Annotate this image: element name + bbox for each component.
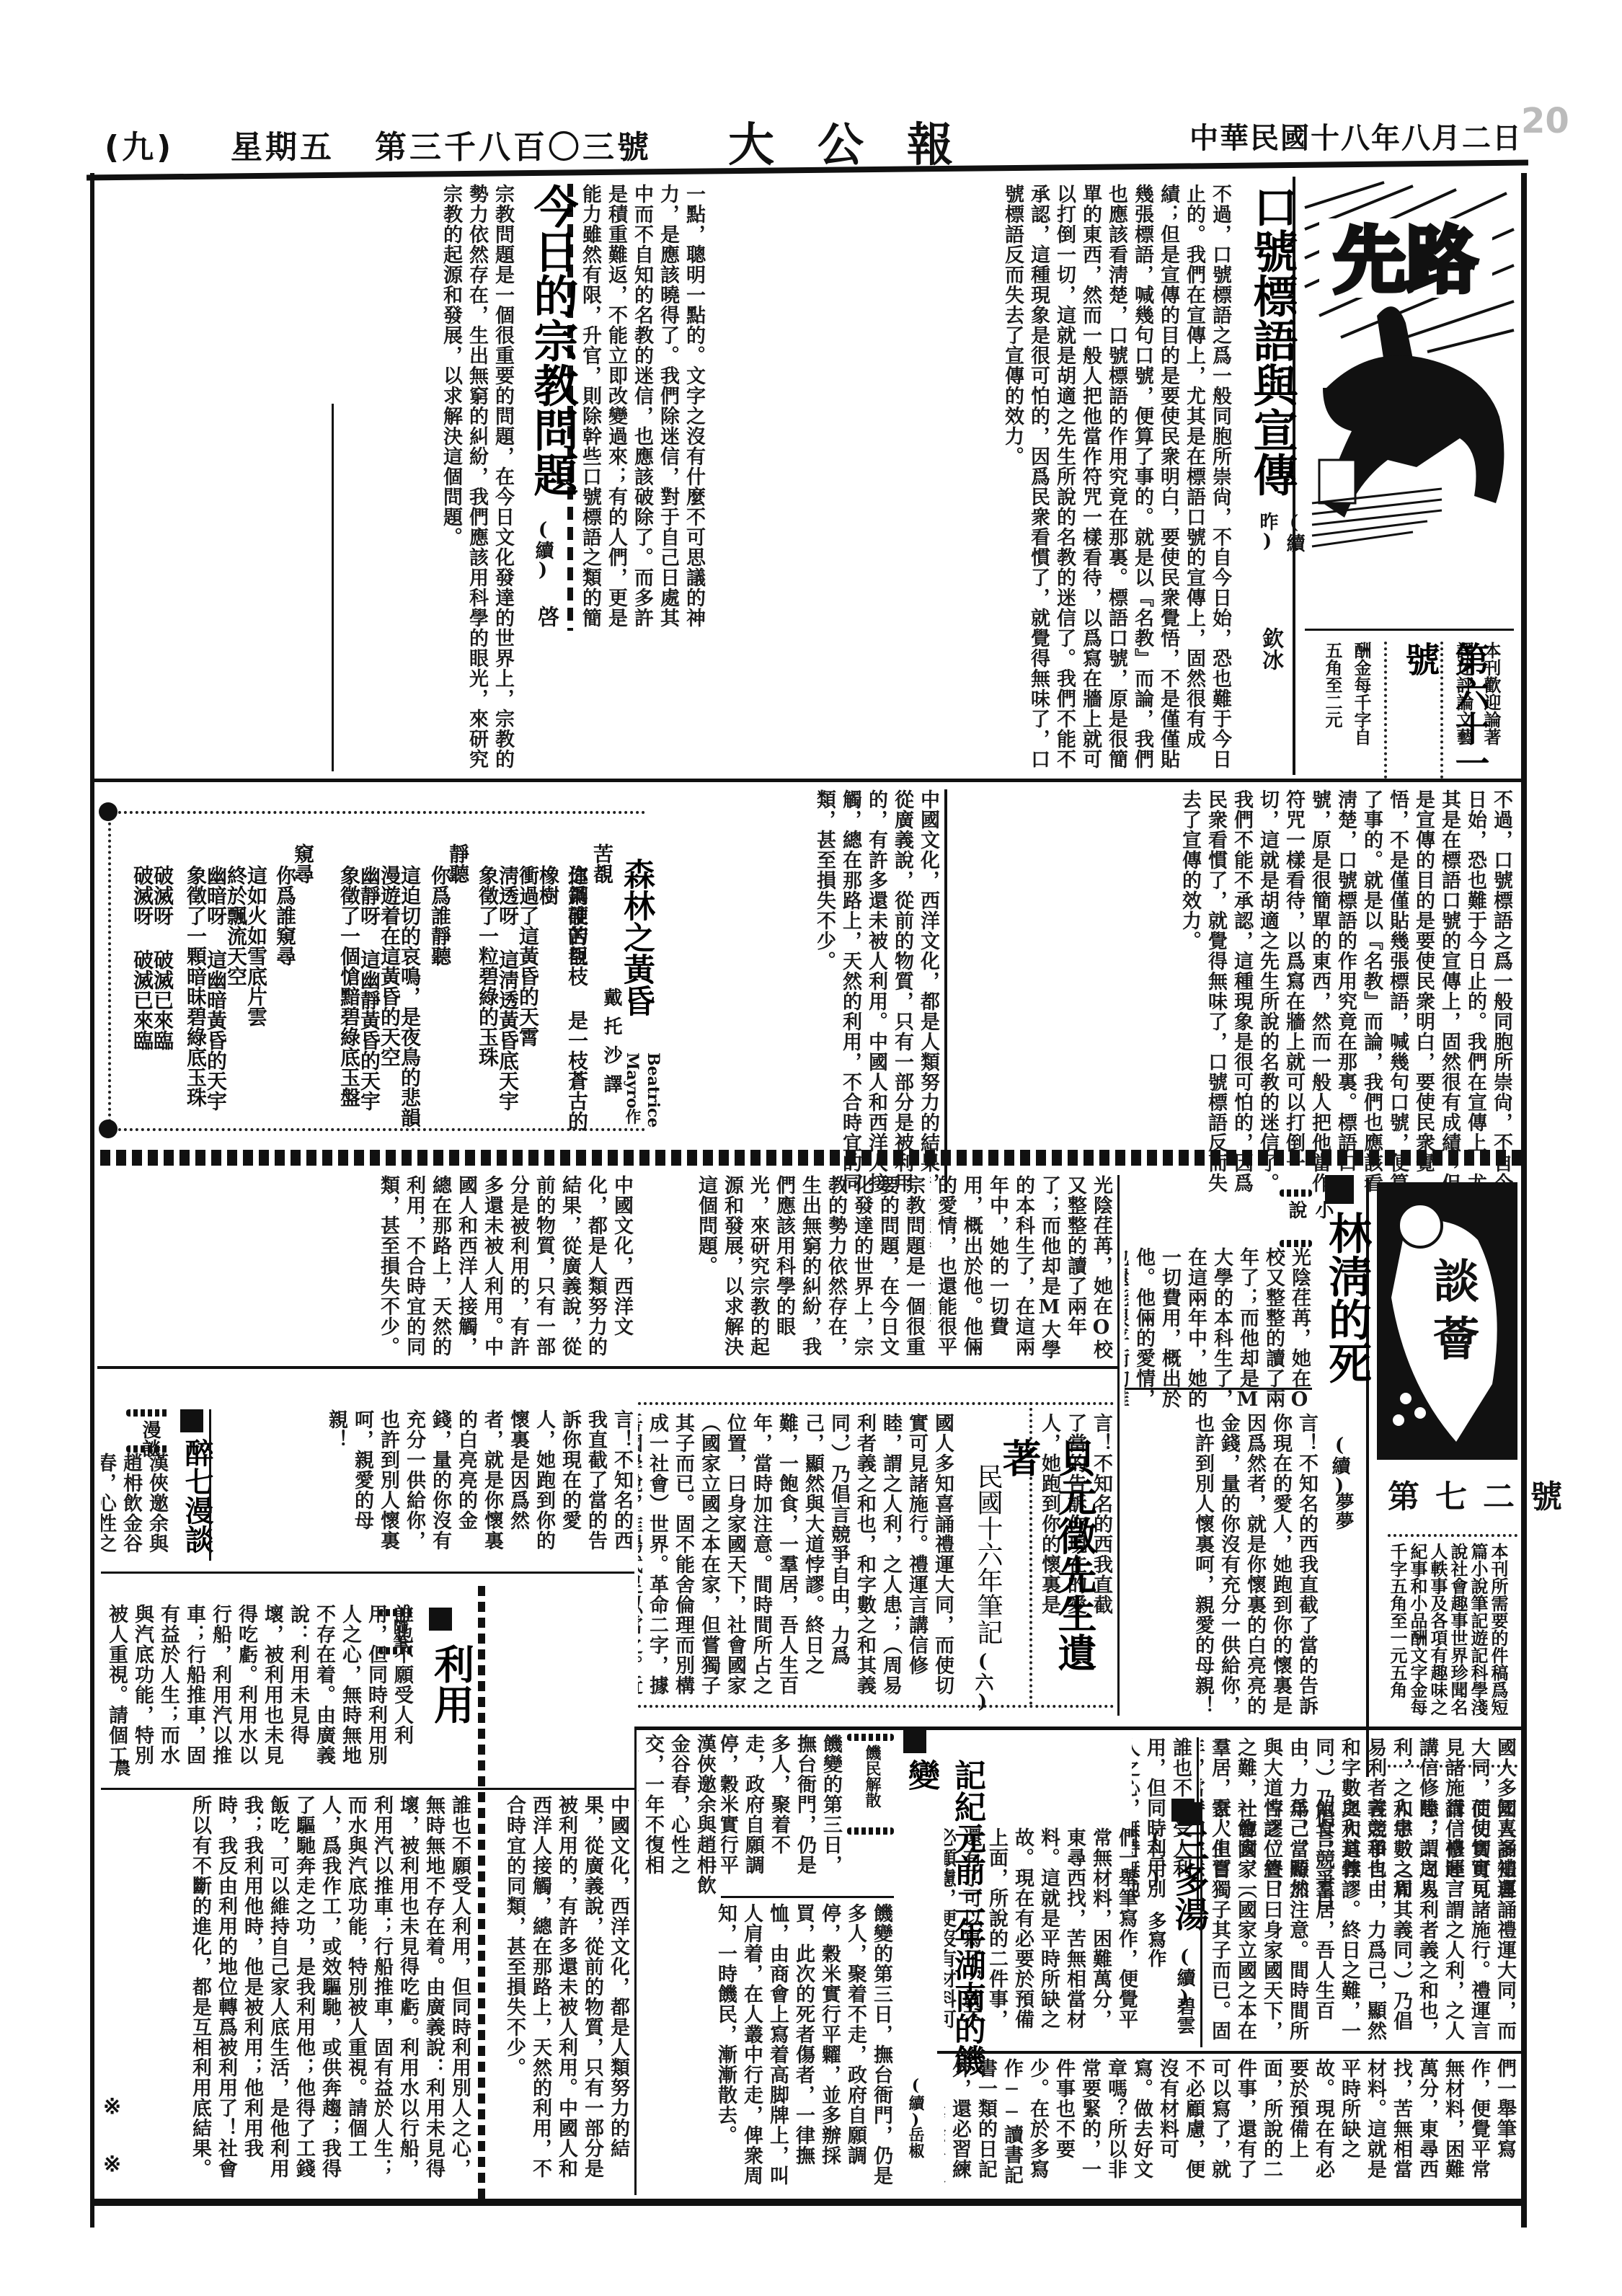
mid-body-3: 宗教問題是一個很重要的問題，在今日文化發達的世界上，宗教的勢力依然存在，生出無窮… [638,1175,926,1362]
poem-author: Beatrice Mayro作 [621,1052,662,1125]
religion-continued: (續) [530,519,557,591]
xianlu-title: 先路 [1334,218,1478,303]
poem-border-top [101,811,645,814]
poem-line: 象徵了一粒碧綠的玉珠 [473,865,502,1139]
header-date: 中華民國十八年八月二日 [1189,115,1523,156]
religion-body-1: 一點，聰明一點的。文字之沒有什麼不可思議的神力，是應該曉得了。我們除迷信，對于自… [577,184,706,631]
tanhui-title-2: 薈 [1433,1313,1479,1367]
column-rule [101,1788,634,1790]
xianlu-issue: 第六十一號 [1395,642,1494,786]
section-square-icon [180,1409,203,1432]
tag-wavy-bottom [1280,1240,1312,1247]
bei-border-bottom [638,1705,1114,1708]
issue-number: 第三千八百〇三號 [375,121,652,167]
linqing-author: 夢夢 [1330,1492,1357,1535]
xianlu-continued-body: 不過，口號標語之爲一般同胞所崇尙，不自今日始，恐也難于今日止的。我們在宣傳上，尤… [952,789,1514,1193]
asterisk-mark: ※ [103,2094,121,2119]
notice-dotted-divider-2 [1384,642,1387,779]
slogans-title: 口號標語與宣傳 [1240,184,1304,515]
linqing-tag: 小說 [1283,1200,1337,1236]
ornament-icon [99,1120,118,1138]
section-square-icon [1325,1175,1354,1204]
liyong-title: 利用 [422,1644,479,1759]
column-rule [634,1730,637,2195]
column-rule [1117,1175,1120,1716]
poem-border-left [108,811,111,1128]
frugality-body: 國人多知喜誦禮運大同，而使切實可見諸施行。禮運言講信修睦，謂之人利，之人患；（周… [1207,1799,1517,2047]
masthead-divider [1305,629,1514,631]
zuiqi-title: 醉七漫談 [177,1438,218,1568]
stanza-1-head: 苦覩 [588,843,616,1117]
reading-figure-icon: 談 薈 [1377,1182,1517,1460]
bei-title: 貝元徵先生遺著 [991,1438,1102,1683]
masthead-title: 大公報 [728,108,996,174]
mid-body: 中國文化，西洋文化，都是人類努力的結果，從廣義說，從前的物質，只有一部分是被利用… [652,789,941,1193]
linqing-body-2: 言！不知名的西我直截了當的告訴你現在的愛人，她跑到你的懷裏是因爲然者，就是你懷裏… [1125,1413,1319,1716]
poem-line: 象徵了一個愴黯碧綠底玉盤 [334,865,363,1139]
section-square-icon [903,1730,926,1753]
bei-subtitle: 民國十六年筆記 [970,1463,1006,1680]
hunan-body: 饑變的第三日，撫台衙門，仍是多人，聚着不走，政府自願調停，穀米實行平糶，並多辦採… [721,1734,843,1892]
column-rule [332,404,334,771]
bei-body: 國人多知喜誦禮運大同，而使切實可見諸施行。禮運言講信修睦，謂之人利，之人患；（周… [638,1413,955,1701]
liyong-body: 誰也不願受人利用，但同時利用別人之心，無時無地不存在着。由廣義說：利用未見得壞，… [105,1604,415,1784]
poem-line: 破滅呀 破滅已來臨 [128,865,156,1139]
hunan-section: 饑民解散 [861,1745,884,1824]
sanduo-title: 三多湯 [1164,1827,1214,1950]
page-number: (九) [105,121,174,167]
column-rule [944,789,947,1193]
asterisk-mark: ※ [103,2152,121,2177]
column-rule [721,1896,894,1898]
religion-title: 今日的宗教問題 [520,184,585,530]
tanhui-illustration: 談 薈 [1377,1182,1517,1460]
bottom-rule [90,2199,1525,2206]
column-rule [209,1409,211,1561]
tag-wavy-top [847,1734,894,1741]
column-rule [1125,1388,1312,1390]
hunan-author: 岳椒 [905,2127,927,2170]
hunan-continued: (續) [905,2076,927,2127]
section-rule-3 [634,1727,1521,1730]
section-rule-1 [94,779,1525,782]
culture-body-1: 中國文化，西洋文化，都是人類努力的結果，從廣義說，從前的物質，只有一部分是被利用… [490,1795,631,2195]
hunan-title: 記紀元前二年湖南的饑變 [898,1759,990,2076]
religion-body-2: 宗教問題是一個很重要的問題，在今日文化發達的世界上，宗教的勢力依然存在，生出無窮… [97,184,515,775]
ornament-icon [99,802,118,821]
horseman-illustration: 先路 [1298,179,1517,611]
diamond-column-rule [478,1586,485,2199]
religion-author: 啓 [530,606,562,649]
poem-line: 象徵了一顆暗昧碧綠底玉珠 [181,865,210,1139]
misc-body: 言！不知名的西我直截了當的告訴你現在的愛人，她跑到你的懷裏是因爲然者，就是你懷裏… [216,1409,634,1561]
tag-wavy-bottom [126,1445,169,1453]
tag-wavy-top [1280,1189,1312,1197]
diamond-border [97,1150,1521,1166]
left-border [90,173,94,2228]
linqing-continued: (續) [1326,1435,1353,1492]
sanduo-author: 碧雲 [1171,1997,1198,2047]
bei-part: (六) [970,1651,996,1694]
sanduo-continued: (續) [1171,1946,1198,2004]
section-rule-4 [937,2051,1521,2054]
column-rule [1200,1799,1202,2047]
poem-line: 你爲誰窺尋 [270,865,299,1139]
sanduo-section: (三) 多寫作 [1143,1827,1169,1986]
horseman-icon: 先路 [1298,179,1517,611]
bottom-right-body: 們一舉筆寫作，便覺平常無材料，困難萬分，東尋西找，苦無相當材料。這就是平時所缺之… [944,2058,1517,2195]
weekday: 星期五 [231,121,334,167]
linqing-title: 林淸的死 [1316,1211,1378,1427]
xianlu-fee-1: 酬金每千字自 [1348,642,1374,786]
slogans-continued: (續昨) [1254,512,1308,584]
tag-wavy-top [126,1409,169,1417]
section-square-icon [429,1608,452,1631]
mid-body-2: 光陰荏苒，她在O校又整整的讀了兩年了；而他却是M大學的本科生了，在這兩年中，她的… [930,1175,1114,1362]
linqing-body-1: 光陰荏苒，她在O校又整整的讀了兩年了；而他却是M大學的本科生了，在這兩年中，她的… [1125,1247,1312,1427]
poem-line: 你爲誰靜聽 [425,865,454,1139]
mid-body-4: 中國文化，西洋文化，都是人類努力的結果，從廣義說，從前的物質，只有一部分是被利用… [97,1175,634,1362]
section-square-icon [1171,1799,1195,1822]
xianlu-fee-2: 五角至二元 [1319,642,1345,786]
slogans-body: 不過，口號標語之爲一般同胞所崇尙，不自今日始，恐也難于今日止的。我們在宣傳上，尤… [714,184,1233,775]
section-rule-2 [97,1366,1117,1369]
right-border [1521,173,1527,2228]
culture-body-2: 誰也不願受人利用，但同時利用別人之心，無時無地不存在着。由廣義說：利用未見得壞，… [126,1795,472,2195]
liyong-author: 農 [108,1759,133,1788]
hunan-body-3: 漢俠邀余與趙枏飲金谷春，心性之交，一年不復相聚，忽對 [638,1734,717,1900]
tanhui-title-1: 談 [1433,1256,1479,1309]
column-rule [101,1572,634,1574]
bei-border-top [638,1402,1114,1405]
poem-line: 這鋼硬的巨枝 是一枝蒼古的橡樹 [533,865,591,1139]
page-stamp: 20 [1521,101,1569,141]
zuiqi-body: 漢俠邀余與趙枏飲金谷春，心性之交，一年不復相聚，忽對 [101,1453,169,1561]
tanhui-issue: 第七二號 [1388,1471,1578,1517]
tanhui-notice-border-top [1388,1534,1517,1537]
slogans-author: 欽冰 [1254,627,1286,685]
tag-wavy-bottom [847,1827,894,1835]
hunan-body-2: 饑變的第三日，撫台衙門，仍是多人，聚着不走，政府自願調停，穀米實行平糶，並多辦採… [638,1903,894,2191]
